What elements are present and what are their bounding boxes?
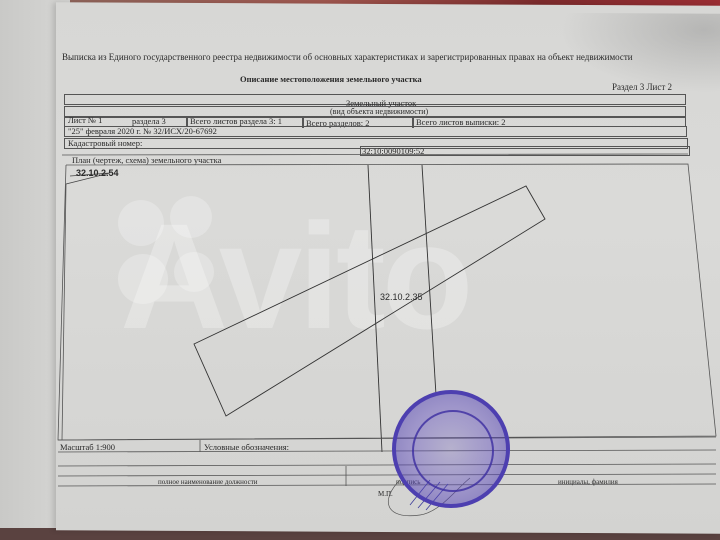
signature-position-caption: полное наименование должности [158, 478, 258, 486]
legend-label: Условные обозначения: [204, 442, 289, 452]
plan-drawing [0, 0, 720, 540]
official-stamp [392, 390, 510, 508]
main-plot-label: 32.10.2.35 [380, 292, 423, 302]
neighbor-plot-label: 32.10.2.54 [76, 168, 119, 178]
seal-label: М.П. [378, 490, 393, 498]
scale: Масштаб 1:900 [60, 442, 115, 452]
signature-name-caption: инициалы, фамилия [558, 478, 618, 486]
